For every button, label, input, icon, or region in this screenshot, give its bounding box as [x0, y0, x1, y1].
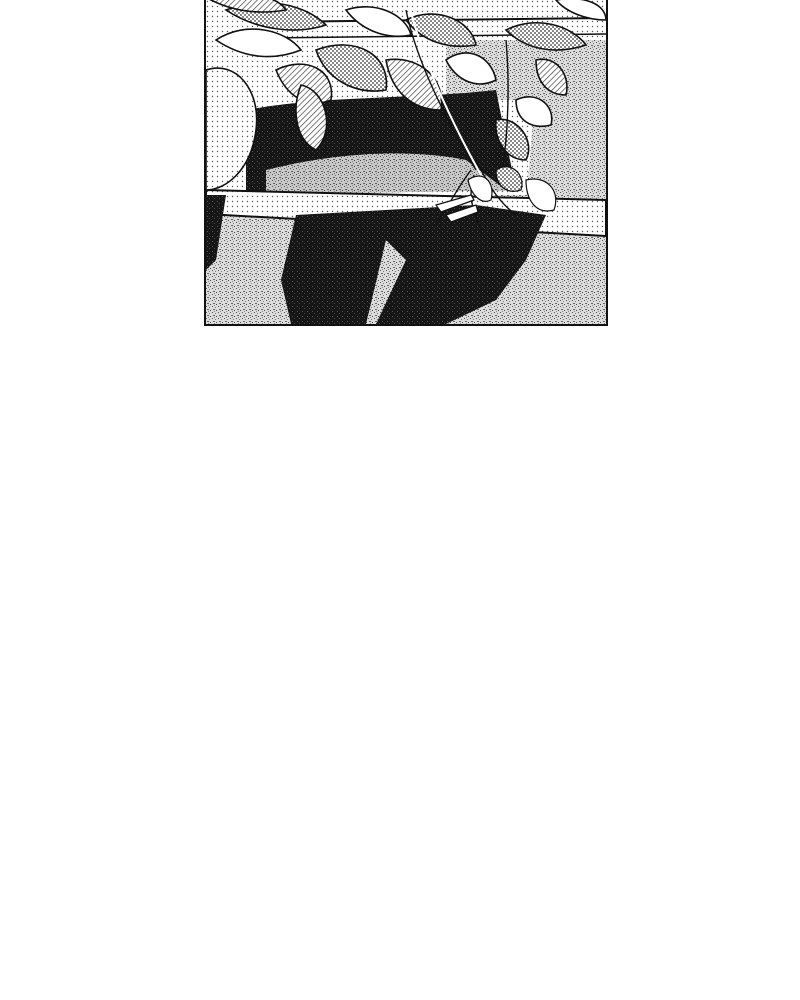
- comic-panel: [204, 0, 608, 326]
- comic-page: [0, 0, 800, 1000]
- panel-illustration: [206, 0, 606, 324]
